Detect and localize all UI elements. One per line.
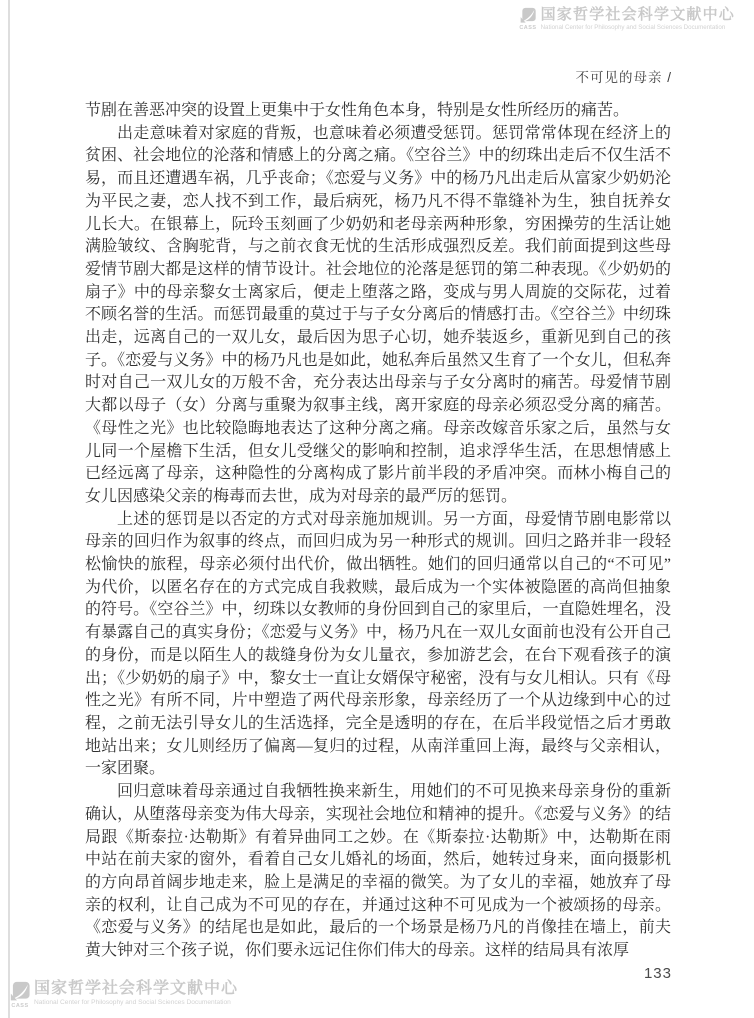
- ncpssd-name-zh: 国家哲学社会科学文献中心: [541, 7, 735, 23]
- ncpssd-abbr: CASS: [519, 25, 536, 31]
- paragraph-continuation: 节剧在善恶冲突的设置上更集中于女性角色本身，特别是女性所经历的痛苦。: [85, 100, 671, 123]
- paragraph: 出走意味着对家庭的背叛，也意味着必须遭受惩罚。惩罚常常体现在经济上的贫困、社会地…: [85, 123, 671, 509]
- ncpssd-logo-icon: [520, 7, 536, 24]
- ncpssd-name-block: 国家哲学社会科学文献中心 National Center for Philoso…: [34, 981, 238, 1006]
- ncpssd-watermark-top: CASS 国家哲学社会科学文献中心 National Center for Ph…: [519, 7, 735, 31]
- ncpssd-logo-block: CASS: [519, 7, 536, 31]
- running-header-title: 不可见的母亲 /: [575, 66, 672, 86]
- ncpssd-logo-block: CASS: [10, 981, 30, 1009]
- page-left-edge-rule: [8, 0, 10, 1018]
- page-number: 133: [644, 965, 672, 982]
- ncpssd-name-en: National Center for Philosophy and Socia…: [541, 24, 735, 31]
- ncpssd-logo-icon: [10, 981, 30, 1002]
- ncpssd-name-block: 国家哲学社会科学文献中心 National Center for Philoso…: [541, 7, 735, 31]
- ncpssd-name-zh: 国家哲学社会科学文献中心: [34, 981, 238, 998]
- article-body: 节剧在善恶冲突的设置上更集中于女性角色本身，特别是女性所经历的痛苦。 出走意味着…: [85, 100, 671, 963]
- ncpssd-watermark-bottom: CASS 国家哲学社会科学文献中心 National Center for Ph…: [10, 981, 238, 1009]
- paragraph: 回归意味着母亲通过自我牺牲换来新生，用她们的不可见换来母亲身份的重新确认，从堕落…: [85, 781, 671, 963]
- document-page: CASS 国家哲学社会科学文献中心 National Center for Ph…: [0, 0, 754, 1018]
- ncpssd-name-en: National Center for Philosophy and Socia…: [34, 999, 238, 1006]
- paragraph: 上述的惩罚是以否定的方式对母亲施加规训。另一方面，母爱情节剧电影常以母亲的回归作…: [85, 509, 671, 781]
- ncpssd-abbr: CASS: [11, 1003, 28, 1009]
